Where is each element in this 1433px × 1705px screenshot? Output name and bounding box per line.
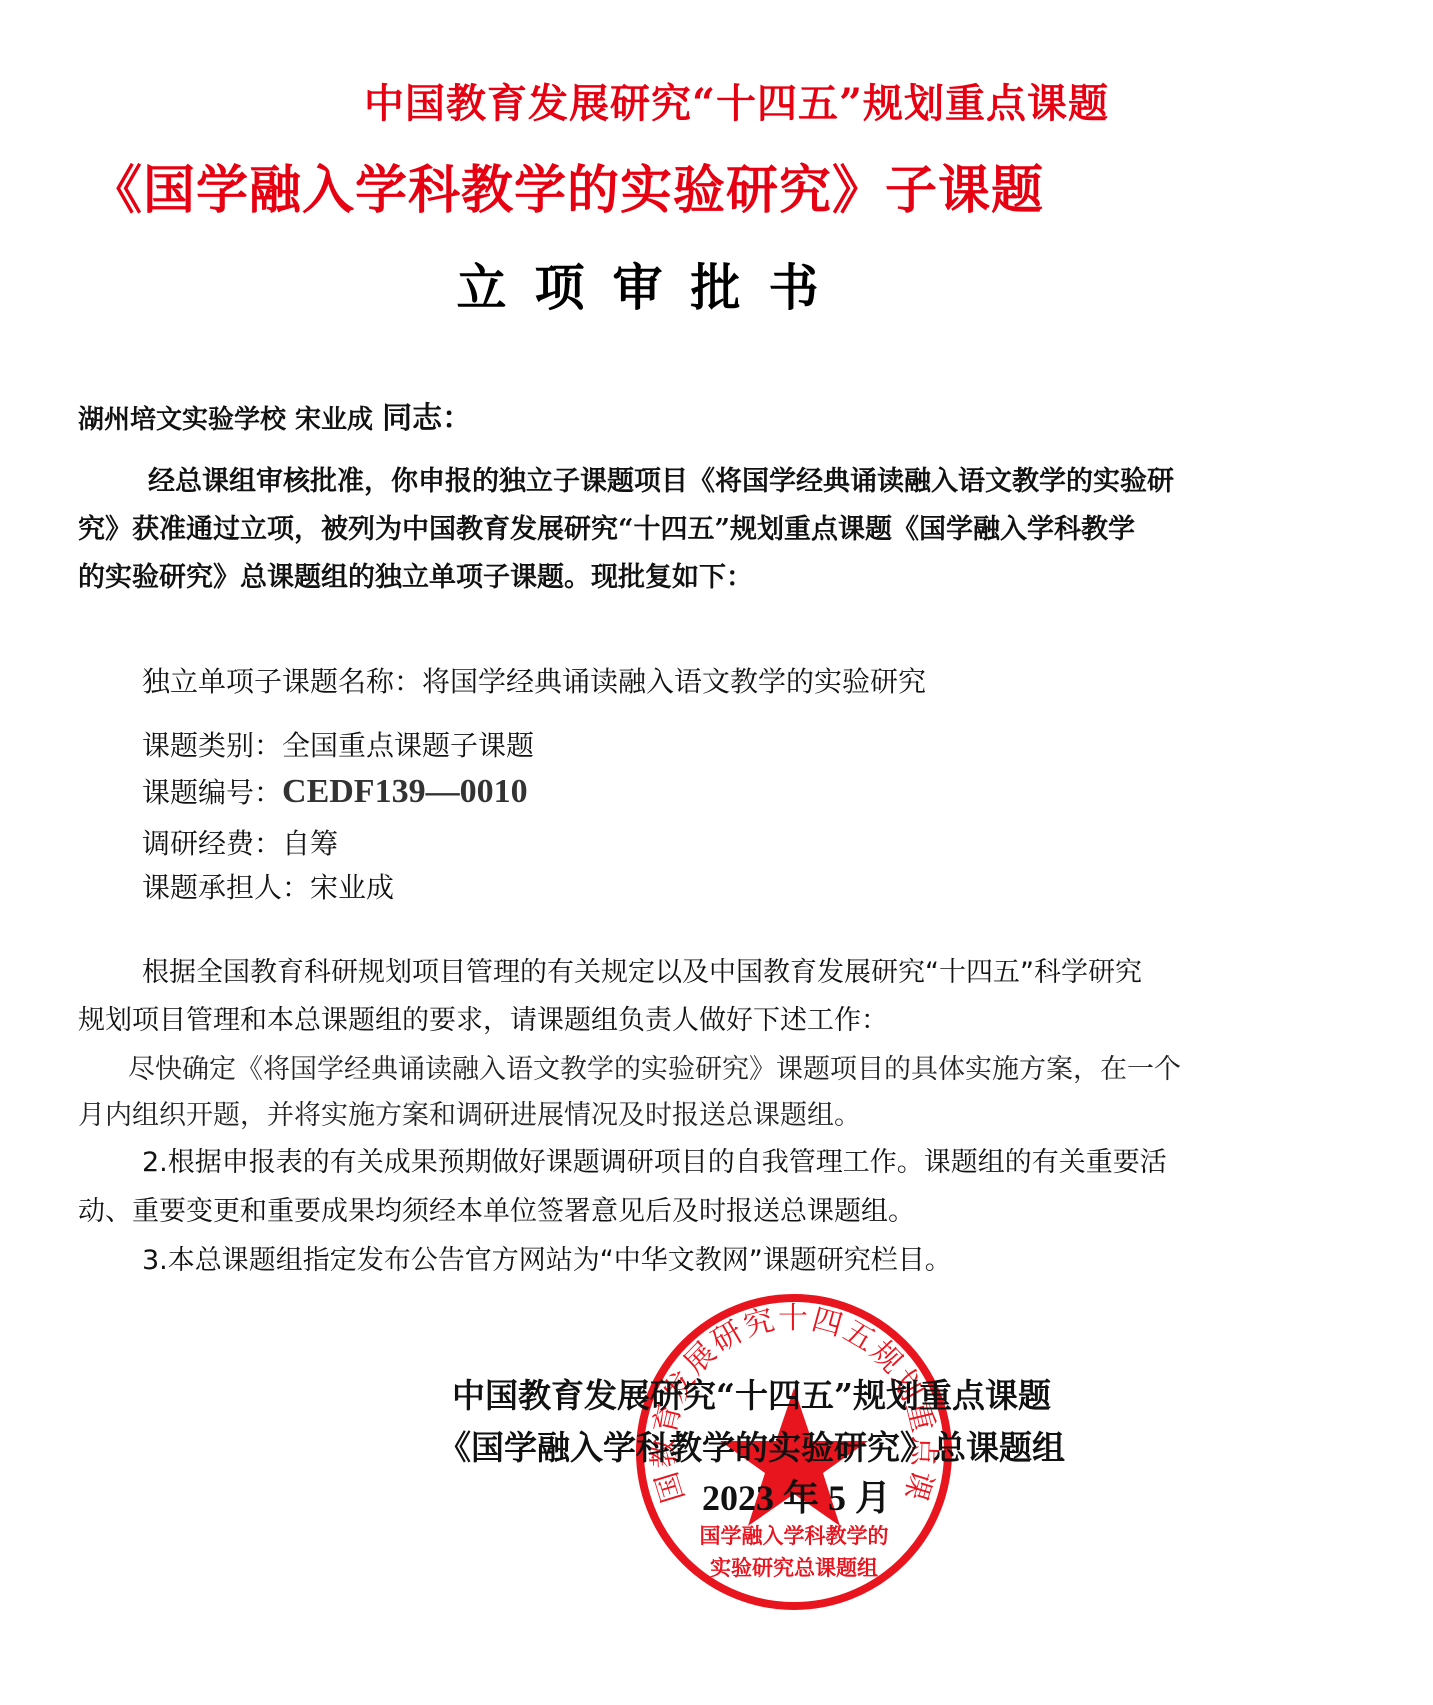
field-funding: 调研经费：自筹 [142,822,338,862]
seal-inner-line-1: 国学融入学科教学的 [700,1523,889,1548]
intro-line-2: 究》获准通过立项，被列为中国教育发展研究“十四五”规划重点课题《国学融入学科教学 [78,506,1360,554]
requirement-1-line-1: 尽快确定《将国学经典诵读融入语文教学的实验研究》课题项目的具体实施方案，在一个 [128,1047,1181,1086]
field-label: 独立单项子课题名称： [142,665,422,698]
field-responsible-person: 课题承担人：宋业成 [142,866,394,906]
signature-line-1: 中国教育发展研究“十四五”规划重点课题 [452,1370,1051,1417]
field-value: 宋业成 [310,871,394,904]
field-value: 将国学经典诵读融入语文教学的实验研究 [422,665,926,698]
signature-line-2: 《国学融入学科教学的实验研究》总课题组 [438,1422,1065,1469]
seal-inner-line-2: 实验研究总课题组 [710,1555,878,1580]
addressee: 湖州培文实验学校 宋业成 同志： [78,393,472,437]
field-value: 全国重点课题子课题 [282,729,534,762]
field-value: 自筹 [282,827,338,860]
title-line-2: 《国学融入学科教学的实验研究》子课题 [90,148,1044,223]
document-title: 立项审批书 [0,248,1433,320]
field-label: 课题编号： [142,776,282,809]
requirement-3: 3.本总课题组指定发布公告官方网站为“中华文教网”课题研究栏目。 [142,1238,952,1277]
signature-date: 2023 年 5 月 [702,1470,891,1521]
field-label: 课题承担人： [142,871,310,904]
field-category: 课题类别：全国重点课题子课题 [142,724,534,764]
requirement-2-line-2: 动、重要变更和重要成果均须经本单位签署意见后及时报送总课题组。 [78,1189,915,1228]
title-line-1: 中国教育发展研究“十四五”规划重点课题 [0,72,1433,129]
requirement-1-line-2: 月内组织开题，并将实施方案和调研进展情况及时报送总课题组。 [78,1093,861,1132]
requirements-intro-line-1: 根据全国教育科研规划项目管理的有关规定以及中国教育发展研究“十四五”科学研究 [142,950,1142,989]
requirement-2-line-1: 2.根据申报表的有关成果预期做好课题调研项目的自我管理工作。课题组的有关重要活 [142,1140,1167,1179]
field-subproject-name: 独立单项子课题名称：将国学经典诵读融入语文教学的实验研究 [142,660,926,700]
field-label: 课题类别： [142,729,282,762]
intro-paragraph: 经总课组审核批准，你申报的独立子课题项目《将国学经典诵读融入语文教学的实验研 究… [78,458,1360,602]
field-value: CEDF139—0010 [282,773,528,810]
intro-line-3: 的实验研究》总课题组的独立单项子课题。现批复如下： [78,554,1360,602]
field-label: 调研经费： [142,827,282,860]
addressee-salutation: 同志： [382,401,472,436]
addressee-name: 湖州培文实验学校 宋业成 [78,405,373,435]
field-project-code: 课题编号：CEDF139—0010 [142,771,528,811]
requirements-intro-line-2: 规划项目管理和本总课题组的要求，请课题组负责人做好下述工作： [78,998,888,1037]
intro-line-1: 经总课组审核批准，你申报的独立子课题项目《将国学经典诵读融入语文教学的实验研 [78,458,1360,506]
